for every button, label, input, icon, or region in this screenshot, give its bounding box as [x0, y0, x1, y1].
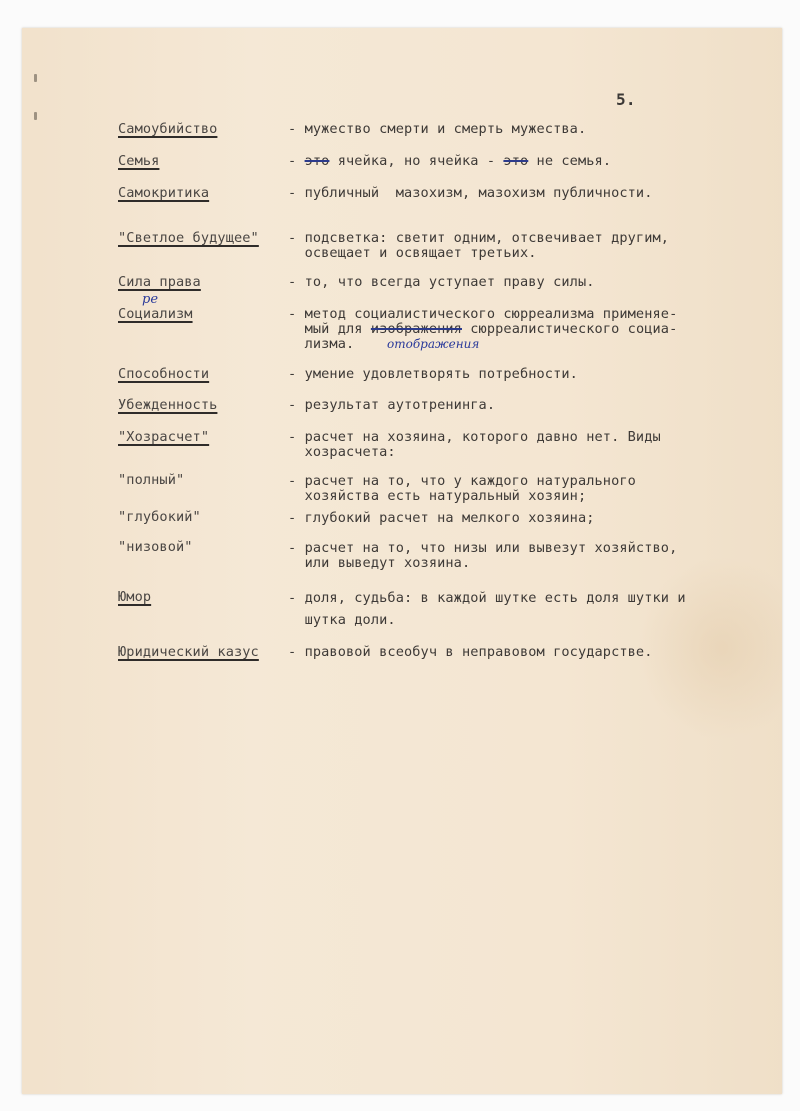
definition-glubokiy: - глубокий расчет на мелкого хозяина;: [288, 511, 595, 526]
struck-word: это: [503, 153, 528, 169]
definition-semya: - это ячейка, но ячейка - это не семья.: [288, 154, 611, 169]
definition-hozraschet-line-1: - расчет на хозяина, которого давно нет.…: [288, 430, 661, 445]
definition-ubezhdennost: - результат аутотренинга.: [288, 398, 495, 413]
handwritten-correction: отображения: [387, 337, 479, 351]
term-svetloe-budushchee: "Светлое будущее": [118, 230, 259, 246]
definition-samoubiystvo: - мужество смерти и смерть мужества.: [288, 122, 586, 137]
struck-word: это: [305, 153, 330, 169]
definition-samokritika: - публичный мазохизм, мазохизм публичнос…: [288, 186, 653, 201]
term-ubezhdennost: Убежденность: [118, 397, 217, 413]
margin-mark: [34, 112, 37, 120]
term-sposobnosti: Способности: [118, 366, 209, 382]
definition-sila-prava: - то, что всегда уступает праву силы.: [288, 275, 595, 290]
term-yuridicheskiy-kazus: Юридический казус: [118, 644, 259, 660]
page-number: 5.: [616, 90, 636, 109]
definition-svetloe-budushchee-line-2: освещает и освящает третьих.: [288, 246, 537, 261]
term-samoubiystvo: Самоубийство: [118, 121, 217, 137]
definition-hozraschet-line-2: хозрасчета:: [288, 445, 396, 460]
definition-sposobnosti: - умение удовлетворять потребности.: [288, 367, 578, 382]
term-socializm: Социализм: [118, 306, 193, 322]
definition-yumor-line-2: шутка доли.: [288, 613, 396, 628]
term-semya: Семья: [118, 153, 159, 169]
definition-yuridicheskiy-kazus: - правовой всеобуч в неправовом государс…: [288, 645, 653, 660]
term-nizovoy: "низовой": [118, 539, 193, 555]
typewritten-page: 5. Самоубийство - мужество смерти и смер…: [22, 28, 782, 1094]
margin-mark: [34, 74, 37, 82]
definition-svetloe-budushchee-line-1: - подсветка: светит одним, отсвечивает д…: [288, 231, 669, 246]
term-hozraschet: "Хозрасчет": [118, 429, 209, 445]
definition-polnyi-line-1: - расчет на то, что у каждого натурально…: [288, 474, 636, 489]
term-samokritika: Самокритика: [118, 185, 209, 201]
term-glubokiy: "глубокий": [118, 509, 201, 525]
definition-socializm-line-3: лизма.: [288, 337, 354, 352]
term-sila-prava: Сила права: [118, 274, 201, 290]
definition-socializm-line-1: - метод социалистического сюрреализма пр…: [288, 307, 677, 322]
definition-polnyi-line-2: хозяйства есть натуральный хозяин;: [288, 489, 586, 504]
definition-yumor-line-1: - доля, судьба: в каждой шутке есть доля…: [288, 591, 686, 606]
handwritten-correction-term: ре: [142, 292, 158, 307]
term-polnyi: "полный": [118, 472, 184, 488]
struck-word: изображения: [371, 321, 462, 337]
definition-nizovoy-line-2: или выведут хозяина.: [288, 556, 470, 571]
definition-socializm-line-2: мый для изображения сюрреалистического с…: [288, 322, 677, 337]
definition-nizovoy-line-1: - расчет на то, что низы или вывезут хоз…: [288, 541, 677, 556]
term-yumor: Юмор: [118, 589, 151, 605]
